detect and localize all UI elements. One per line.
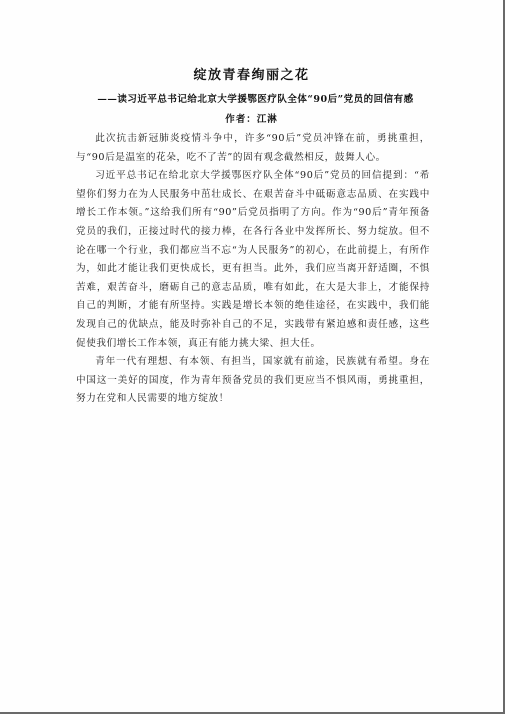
document-body: 此次抗击新冠肺炎疫情斗争中，许多“90后”党员冲锋在前，勇挑重担，与“90后是温… [76,130,430,409]
document-title: 绽放青春绚丽之花 [0,64,503,83]
paragraph-2: 习近平总书记在给北京大学援鄂医疗队全体“90后”党员的回信提到：“希望你们努力在… [76,167,430,353]
document-page: 绽放青春绚丽之花 ——读习近平总书记给北京大学援鄂医疗队全体“90后”党员的回信… [0,0,505,714]
document-author: 作者：江淋 [0,111,503,125]
paragraph-1: 此次抗击新冠肺炎疫情斗争中，许多“90后”党员冲锋在前，勇挑重担，与“90后是温… [76,130,430,167]
document-subtitle: ——读习近平总书记给北京大学援鄂医疗队全体“90后”党员的回信有感 [0,91,503,105]
paragraph-3: 青年一代有理想、有本领、有担当，国家就有前途，民族就有希望。身在中国这一美好的国… [76,353,430,409]
